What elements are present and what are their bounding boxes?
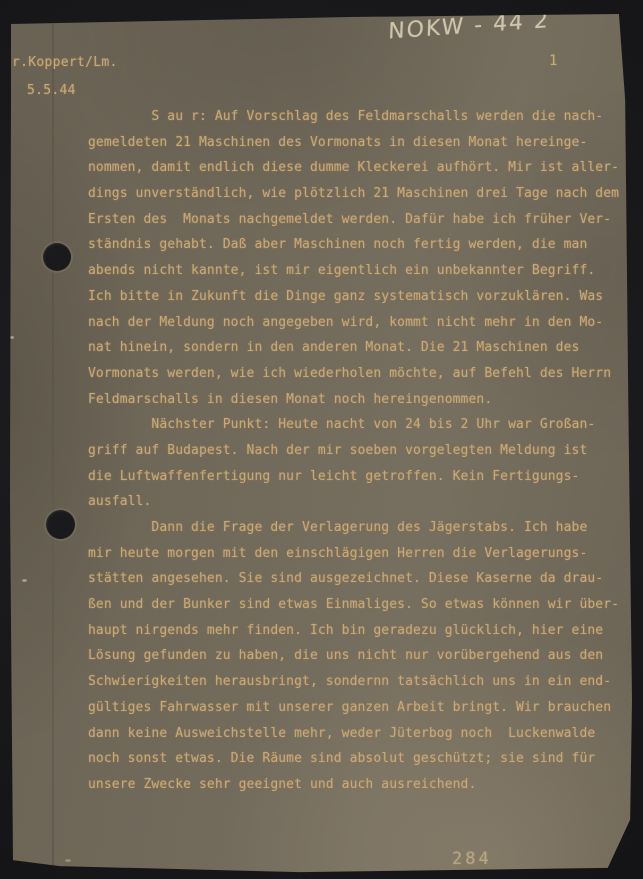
photo-black-border: { "photo": { "annotation_handwritten": "… (0, 0, 643, 879)
paper-edge-speck (65, 859, 71, 862)
footer-number: 284 (452, 849, 492, 869)
text-line: gemeldeten 21 Maschinen des Vormonats in… (88, 130, 622, 156)
text-line: dings unverständlich, wie plötzlich 21 M… (88, 181, 622, 207)
text-line: nach der Meldung noch angegeben wird, ko… (88, 310, 622, 336)
text-line: nommen, damit endlich diese dumme Klecke… (88, 155, 622, 181)
paper-edge-speck (22, 579, 27, 582)
text-line: ausfall. (88, 489, 622, 515)
punch-hole-bottom (46, 510, 75, 539)
text-line: Vormonats werden, wie ich wiederholen mö… (88, 361, 622, 387)
text-line: ßen und der Bunker sind etwas Einmaliges… (88, 592, 622, 618)
text-line: gültiges Fahrwasser mit unserer ganzen A… (88, 695, 622, 721)
text-line: unsere Zwecke sehr geeignet und auch aus… (88, 772, 622, 798)
text-line: stätten angesehen. Sie sind ausgezeichne… (88, 566, 622, 592)
text-line: abends nicht kannte, ist mir eigentlich … (88, 258, 622, 284)
document-body: S au r: Auf Vorschlag des Feldmarschalls… (88, 104, 622, 798)
text-line: mir heute morgen mit den einschlägigen H… (88, 541, 622, 567)
text-line: S au r: Auf Vorschlag des Feldmarschalls… (88, 104, 622, 130)
page-number: 1 (549, 53, 557, 69)
text-line: die Luftwaffenfertigung nur leicht getro… (88, 464, 622, 490)
text-line: Schwierigkeiten herausbringt, sondernn t… (88, 669, 622, 695)
paper-edge-speck (10, 336, 14, 339)
text-line: noch sonst etwas. Die Räume sind absolut… (88, 746, 622, 772)
text-line: Ersten des Monats nachgemeldet werden. D… (88, 207, 622, 233)
punch-hole-top (43, 243, 71, 271)
text-line: griff auf Budapest. Nach der mir soeben … (88, 438, 622, 464)
handwritten-annotation: NOKW - 44 2 (388, 6, 573, 44)
text-line: Ich bitte in Zukunft die Dinge ganz syst… (88, 284, 622, 310)
author-line: r.Koppert/Lm. (12, 55, 118, 70)
text-line: Feldmarschalls in diesen Monat noch here… (88, 387, 622, 413)
text-line: dann keine Ausweichstelle mehr, weder Jü… (88, 721, 622, 747)
document-photo: NOKW - 44 2 r.Koppert/Lm. 5.5.44 1 S au … (10, 13, 632, 873)
text-line: Dann die Frage der Verlagerung des Jäger… (88, 515, 622, 541)
date-line: 5.5.44 (27, 83, 76, 98)
text-line: ständnis gehabt. Daß aber Maschinen noch… (88, 232, 622, 258)
text-line: Lösung gefunden zu haben, die uns nicht … (88, 643, 622, 669)
text-line: nat hinein, sondern in den anderen Monat… (88, 335, 622, 361)
text-line: haupt nirgends mehr finden. Ich bin gera… (88, 618, 622, 644)
text-line: Nächster Punkt: Heute nacht von 24 bis 2… (88, 412, 622, 438)
